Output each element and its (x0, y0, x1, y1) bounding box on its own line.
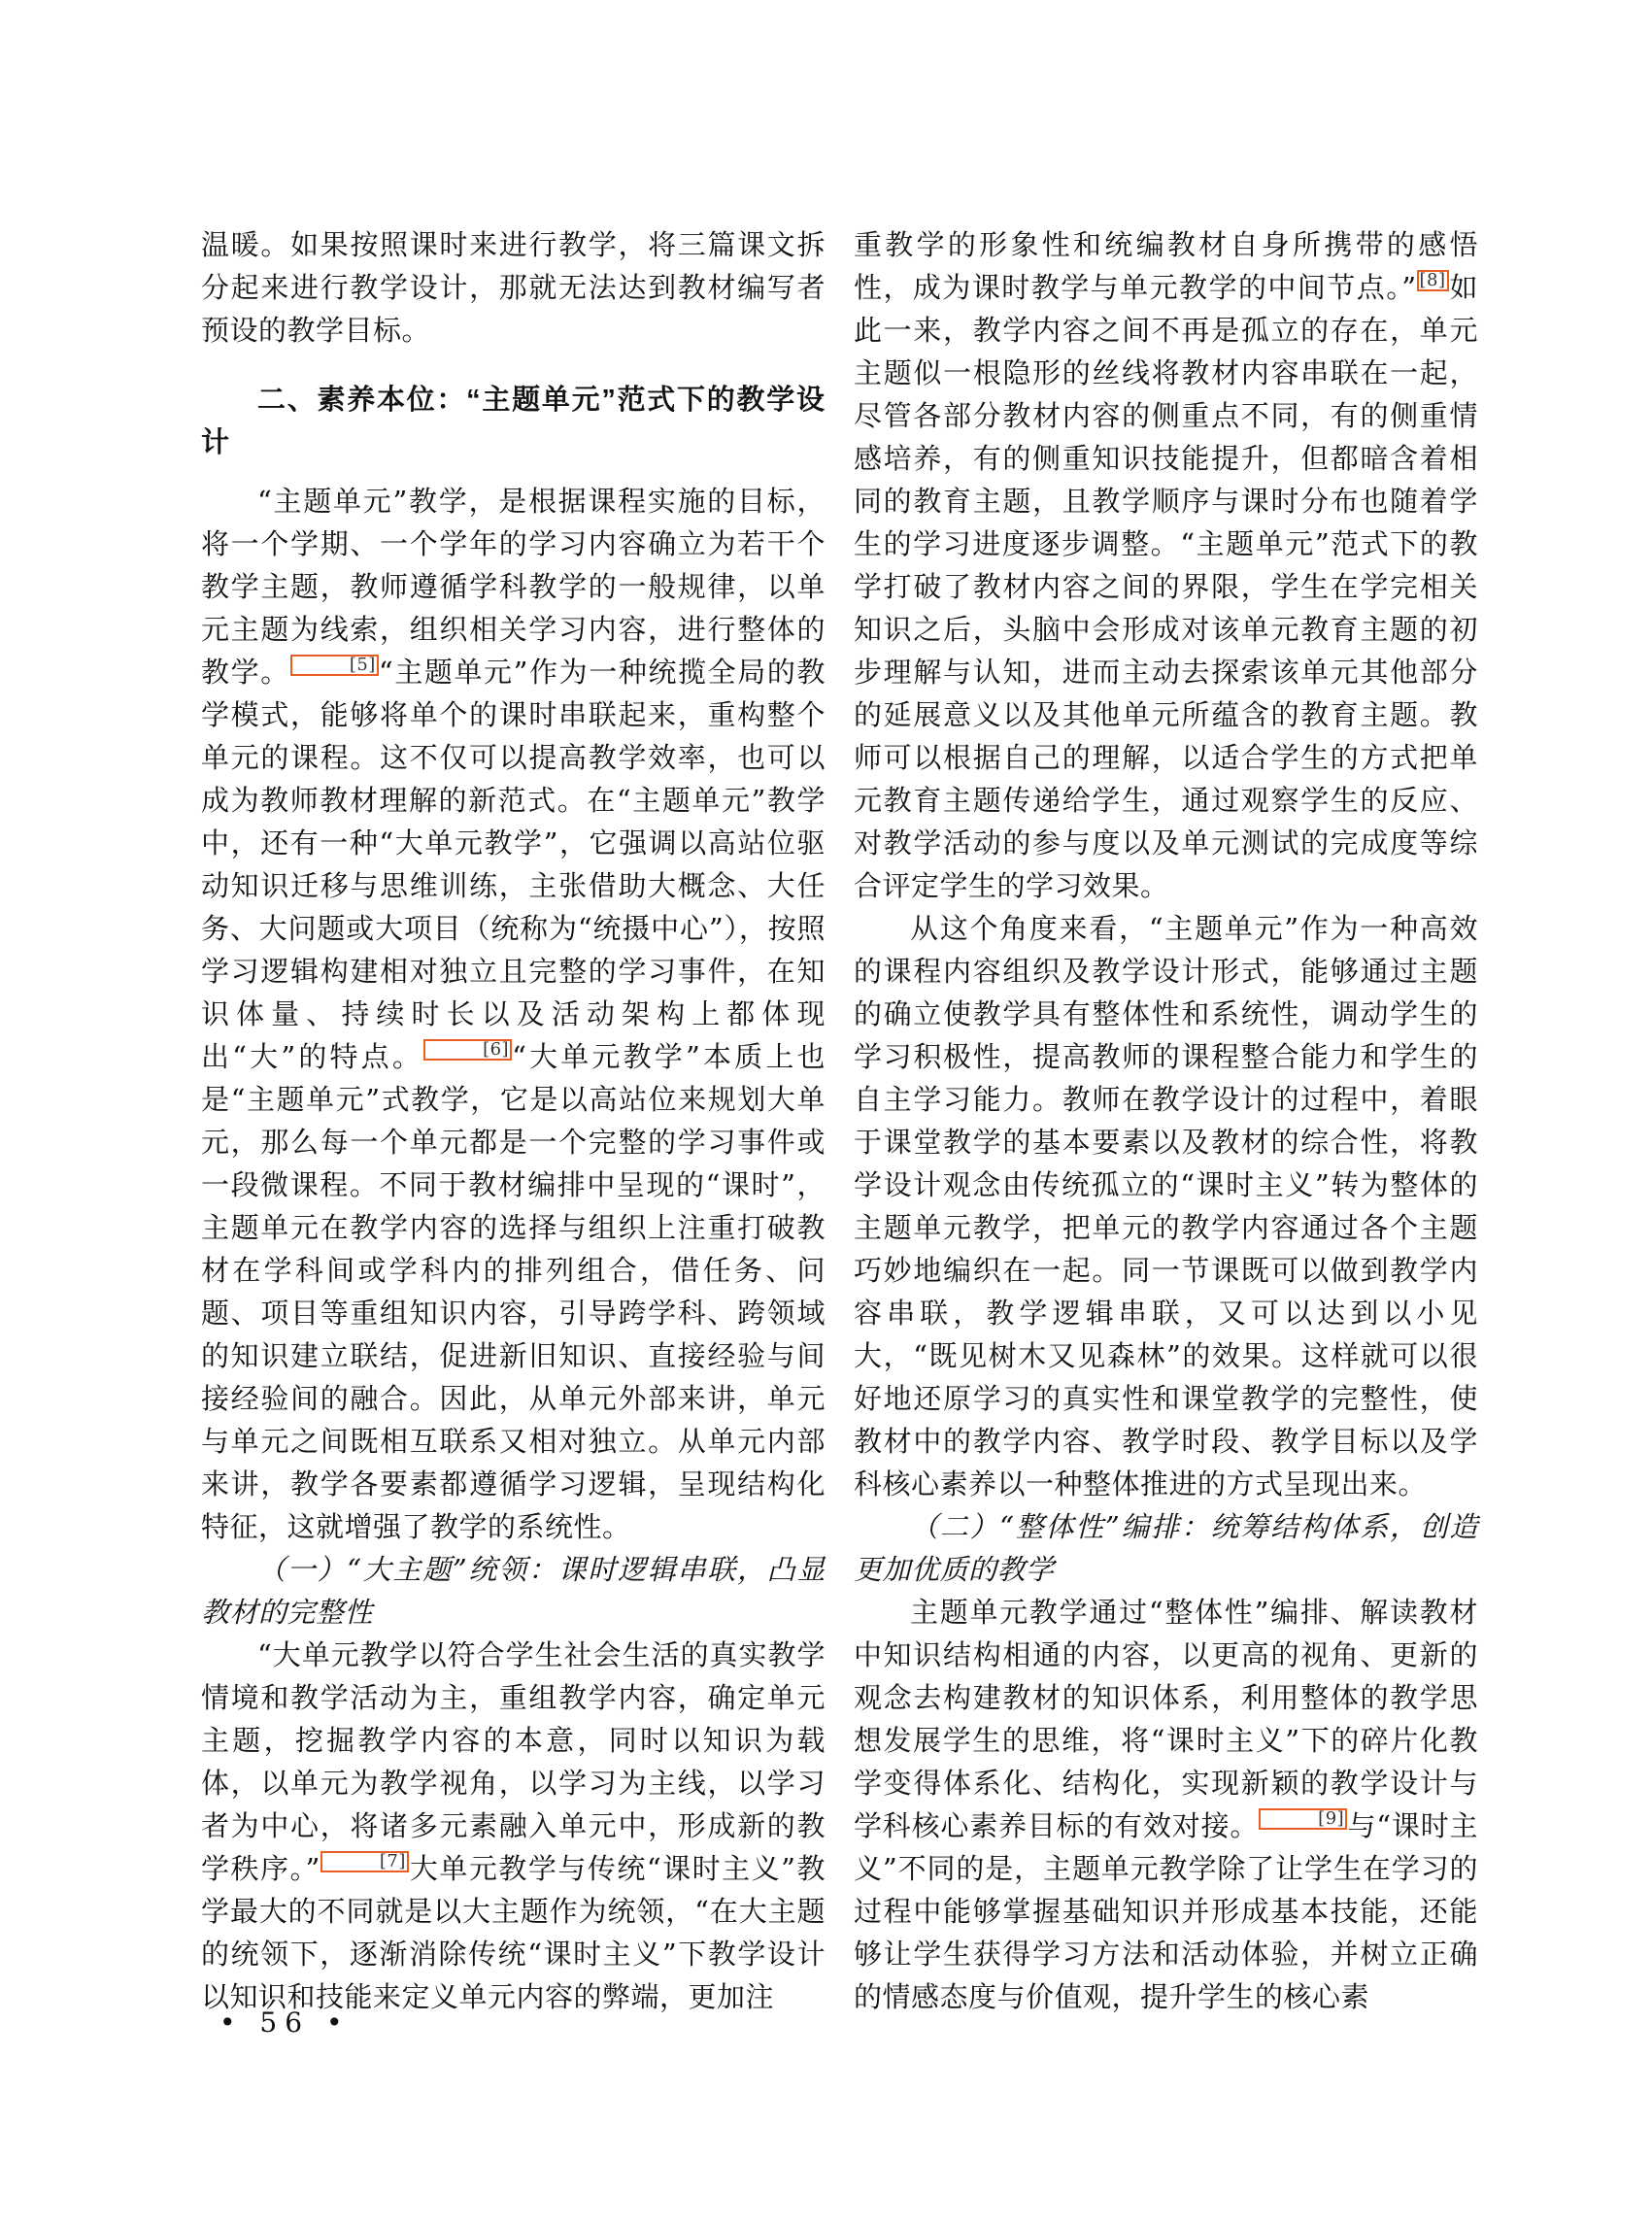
right-column: 重教学的形象性和统编教材自身所携带的感悟性，成为课时教学与单元教学的中间节点。”… (854, 223, 1478, 2018)
body-paragraph: 主题单元教学通过“整体性”编排、解读教材中知识结构相通的内容，以更高的视角、更新… (854, 1591, 1478, 2018)
citation-ref-6[interactable]: [6] (423, 1039, 512, 1061)
body-paragraph: 从这个角度来看，“主题单元”作为一种高效的课程内容组织及教学设计形式，能够通过主… (854, 907, 1478, 1505)
section-heading: 二、素养本位：“主题单元”范式下的教学设计 (201, 379, 826, 464)
subsection-heading: （二）“整体性”编排：统筹结构体系，创造更加优质的教学 (854, 1505, 1478, 1591)
citation-ref-8[interactable]: [8] (1417, 270, 1449, 291)
left-column: 温暖。如果按照课时来进行教学，将三篇课文拆分起来进行教学设计，那就无法达到教材编… (201, 223, 826, 2018)
body-paragraph: “大单元教学以符合学生社会生活的真实教学情境和教学活动为主，重组教学内容，确定单… (201, 1634, 826, 2018)
citation-ref-7[interactable]: [7] (320, 1851, 409, 1872)
citation-ref-9[interactable]: [9] (1259, 1808, 1347, 1830)
page-sheet: 温暖。如果按照课时来进行教学，将三篇课文拆分起来进行教学设计，那就无法达到教材编… (0, 0, 1652, 2225)
body-paragraph: 重教学的形象性和统编教材自身所携带的感悟性，成为课时教学与单元教学的中间节点。”… (854, 223, 1478, 907)
document-page: { "colors": { "ref_box": "#e95f20", "tex… (0, 0, 1652, 2225)
page-number: • 56 • (219, 2006, 350, 2039)
body-paragraph: “主题单元”教学，是根据课程实施的目标，将一个学期、一个学年的学习内容确立为若干… (201, 480, 826, 1548)
subsection-heading: （一）“大主题”统领：课时逻辑串联，凸显教材的完整性 (201, 1548, 826, 1634)
body-paragraph: 温暖。如果按照课时来进行教学，将三篇课文拆分起来进行教学设计，那就无法达到教材编… (201, 223, 826, 352)
citation-ref-5[interactable]: [5] (290, 655, 379, 676)
